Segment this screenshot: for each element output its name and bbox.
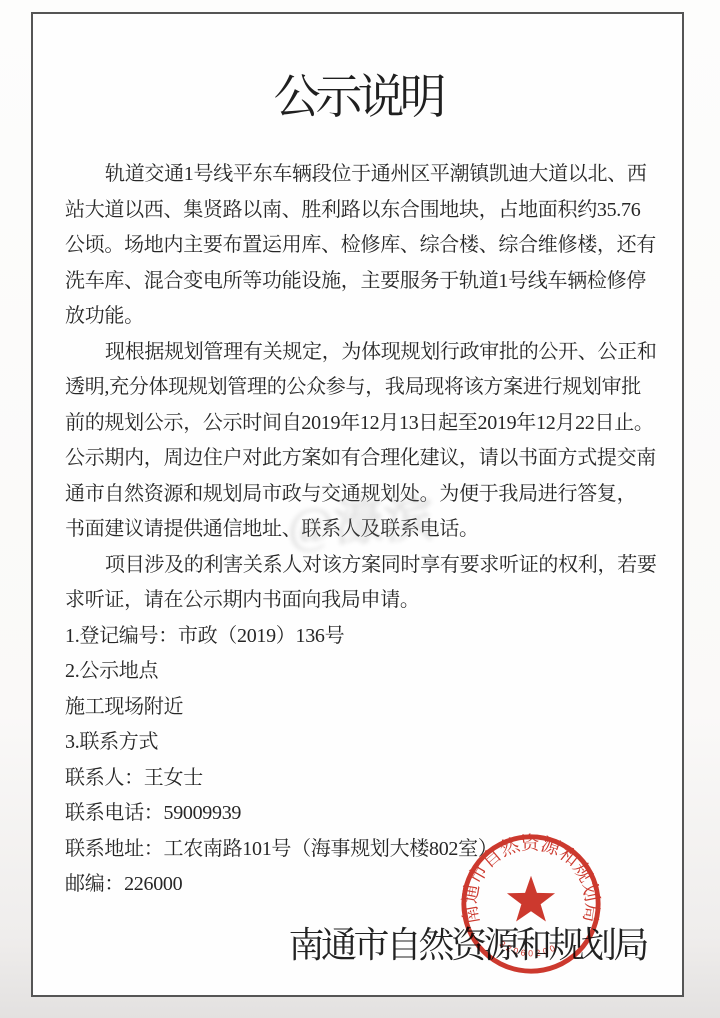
text-line: 洗车库、混合变电所等功能设施，主要服务于轨道1号线车辆检修停	[65, 264, 665, 300]
text-line: 公示期内，周边住户对此方案如有合理化建议，请以书面方式提交南	[65, 441, 665, 477]
document-body: 轨道交通1号线平东车辆段位于通州区平潮镇凯迪大道以北、西 站大道以西、集贤路以南…	[65, 157, 665, 903]
text-line: 公顷。场地内主要布置运用库、检修库、综合楼、综合维修楼，还有	[65, 228, 665, 264]
text-line: 站大道以西、集贤路以南、胜利路以东合围地块，占地面积约35.76	[65, 193, 665, 229]
svg-text:32060200: 32060200	[498, 939, 557, 959]
contact-heading: 3.联系方式	[65, 725, 665, 761]
star-icon	[507, 876, 555, 922]
text-line: 通市自然资源和规划局市政与交通规划处。为便于我局进行答复，	[65, 477, 665, 513]
text-line: 轨道交通1号线平东车辆段位于通州区平潮镇凯迪大道以北、西	[65, 157, 665, 193]
page-title: 公示说明	[33, 60, 682, 127]
official-seal: 南通市自然资源和规划局 32060200	[458, 831, 604, 977]
document-page: 公示说明 轨道交通1号线平东车辆段位于通州区平潮镇凯迪大道以北、西 站大道以西、…	[31, 12, 684, 997]
text-line: 现根据规划管理有关规定，为体现规划行政审批的公开、公正和	[65, 335, 665, 371]
contact-phone-line: 联系电话：59009939	[65, 796, 665, 832]
text-line: 求听证，请在公示期内书面向我局申请。	[65, 583, 665, 619]
contact-person-line: 联系人：王女士	[65, 761, 665, 797]
text-line: 前的规划公示，公示时间自2019年12月13日起至2019年12月22日止。	[65, 406, 665, 442]
text-line: 项目涉及的利害关系人对该方案同时享有要求听证的权利，若要	[65, 548, 665, 584]
registration-number-line: 1.登记编号：市政（2019）136号	[65, 619, 665, 655]
text-line: 透明,充分体现规划管理的公众参与，我局现将该方案进行规划审批	[65, 370, 665, 406]
notice-location-value: 施工现场附近	[65, 690, 665, 726]
text-line: 放功能。	[65, 299, 665, 335]
notice-location-heading: 2.公示地点	[65, 654, 665, 690]
seal-serial-number: 32060200	[498, 939, 557, 959]
text-line: 书面建议请提供通信地址、联系人及联系电话。	[65, 512, 665, 548]
